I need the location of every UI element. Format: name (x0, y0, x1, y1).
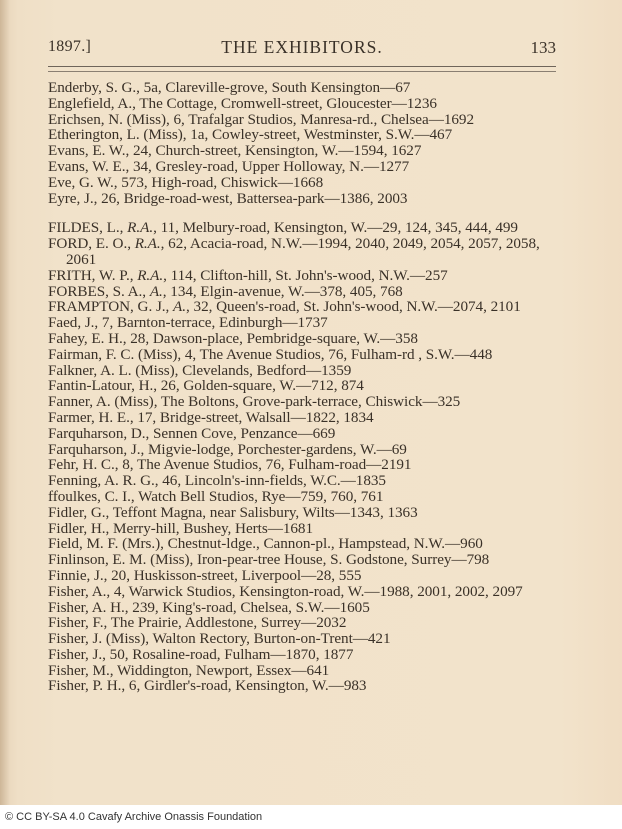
exhibitor-address-and-works: 26, Bridge-road-west, Battersea-park—138… (97, 190, 407, 207)
license-footer: © CC BY-SA 4.0 Cavafy Archive Onassis Fo… (0, 805, 622, 829)
exhibitor-entry: Erichsen, N. (Miss), 6, Trafalgar Studio… (48, 112, 562, 128)
exhibitor-name: Eyre, J., (48, 190, 97, 207)
exhibitor-address-and-works: 1a, Cowley-street, Westminster, S.W.—467 (186, 126, 452, 143)
exhibitor-entry: FRITH, W. P., R.A., 114, Clifton-hill, S… (48, 268, 562, 284)
exhibitor-name: Evans, E. W., (48, 142, 129, 159)
exhibitor-address-and-works: Clevelands, Bedford—1359 (178, 362, 351, 379)
exhibitor-entry: Evans, W. E., 34, Gresley-road, Upper Ho… (48, 159, 562, 175)
exhibitor-name: Englefield, A., (48, 95, 136, 112)
exhibitor-address-and-works: 28, Dawson-place, Pembridge-square, W.—3… (127, 330, 418, 347)
exhibitor-name: Fisher, M., (48, 662, 114, 679)
exhibitor-entry: Fisher, A. H., 239, King's-road, Chelsea… (48, 600, 562, 616)
exhibitor-address-and-works: Walton Rectory, Burton-on-Trent—421 (149, 630, 391, 647)
exhibitor-name: FORBES, S. A., (48, 283, 146, 300)
exhibitor-entry: Etherington, L. (Miss), 1a, Cowley-stree… (48, 127, 562, 143)
exhibitor-entry: Fisher, A., 4, Warwick Studios, Kensingt… (48, 584, 562, 600)
academy-title: A. (173, 298, 186, 315)
exhibitor-address-and-works: , 11, Melbury-road, Kensington, W.—29, 1… (153, 219, 518, 236)
exhibitor-address-and-works: 6, Girdler's-road, Kensington, W.—983 (125, 677, 366, 694)
exhibitor-address-and-works: 239, King's-road, Chelsea, S.W.—1605 (129, 599, 370, 616)
exhibitor-entry: Fisher, J. (Miss), Walton Rectory, Burto… (48, 631, 562, 647)
exhibitor-entry: Fehr, H. C., 8, The Avenue Studios, 76, … (48, 457, 562, 473)
exhibitor-group-academicians: FILDES, L., R.A., 11, Melbury-road, Kens… (48, 220, 562, 315)
exhibitor-entry: Fenning, A. R. G., 46, Lincoln's-inn-fie… (48, 473, 562, 489)
exhibitor-entry: Falkner, A. L. (Miss), Clevelands, Bedfo… (48, 363, 562, 379)
exhibitor-name: FILDES, L., (48, 219, 123, 236)
exhibitor-name: Fidler, H., (48, 520, 109, 537)
exhibitor-address-and-works: 46, Lincoln's-inn-fields, W.C.—1835 (159, 472, 386, 489)
exhibitor-address-and-works: 24, Church-street, Kensington, W.—1594, … (129, 142, 421, 159)
academy-title: A. (150, 283, 163, 300)
exhibitor-name: Finnie, J., (48, 567, 107, 584)
exhibitor-address-and-works: 50, Rosaline-road, Fulham—1870, 1877 (106, 646, 353, 663)
exhibitor-entry: ffoulkes, C. I., Watch Bell Studios, Rye… (48, 489, 562, 505)
exhibitor-entry: Fisher, P. H., 6, Girdler's-road, Kensin… (48, 678, 562, 694)
exhibitor-name: Fisher, P. H., (48, 677, 125, 694)
exhibitor-name: Fidler, G., (48, 504, 109, 521)
exhibitor-address-and-works: 5a, Clareville-grove, South Kensington—6… (140, 79, 410, 96)
exhibitor-name: Fairman, F. C. (Miss), (48, 346, 181, 363)
exhibitor-name: Fisher, J. (Miss), (48, 630, 149, 647)
exhibitor-entry: Fahey, E. H., 28, Dawson-place, Pembridg… (48, 331, 562, 347)
exhibitor-name: Fehr, H. C., (48, 456, 119, 473)
exhibitor-entry: Field, M. F. (Mrs.), Chestnut-ldge., Can… (48, 536, 562, 552)
exhibitor-address-and-works: 34, Gresley-road, Upper Holloway, N.—127… (129, 158, 409, 175)
exhibitor-address-and-works: 17, Bridge-street, Walsall—1822, 1834 (134, 409, 374, 426)
exhibitor-address-and-works: Sennen Cove, Penzance—669 (149, 425, 335, 442)
exhibitor-name: Farquharson, D., (48, 425, 149, 442)
exhibitor-address-and-works: The Cottage, Cromwell-street, Gloucester… (136, 95, 437, 112)
academy-title: R.A. (135, 235, 161, 252)
exhibitor-entry: Farquharson, D., Sennen Cove, Penzance—6… (48, 426, 562, 442)
exhibitor-entry: Finlinson, E. M. (Miss), Iron-pear-tree … (48, 552, 562, 568)
exhibitor-address-and-works: 7, Barnton-terrace, Edinburgh—1737 (98, 314, 328, 331)
exhibitor-address-and-works: The Prairie, Addlestone, Surrey—2032 (107, 614, 346, 631)
exhibitor-entry: Eve, G. W., 573, High-road, Chiswick—166… (48, 175, 562, 191)
exhibitor-address-and-works: 26, Golden-square, W.—712, 874 (157, 377, 364, 394)
exhibitor-address-and-works: Chestnut-ldge., Cannon-pl., Hampstead, N… (164, 535, 483, 552)
exhibitor-name: FRITH, W. P., (48, 267, 133, 284)
exhibitor-name: Fisher, J., (48, 646, 106, 663)
exhibitor-address-and-works: , 114, Clifton-hill, St. John's-wood, N.… (163, 267, 448, 284)
academy-title: R.A. (127, 219, 153, 236)
exhibitor-name: Falkner, A. L. (Miss), (48, 362, 178, 379)
exhibitor-entry: Fisher, J., 50, Rosaline-road, Fulham—18… (48, 647, 562, 663)
exhibitor-address-and-works: Migvie-lodge, Porchester-gardens, W.—69 (144, 441, 407, 458)
exhibitor-address-and-works: 8, The Avenue Studios, 76, Fulham-road—2… (119, 456, 412, 473)
exhibitor-address-and-works: Teffont Magna, near Salisbury, Wilts—134… (109, 504, 417, 521)
exhibitor-entry: Faed, J., 7, Barnton-terrace, Edinburgh—… (48, 315, 562, 331)
exhibitor-name: Fahey, E. H., (48, 330, 127, 347)
running-head: 1897.] THE EXHIBITORS. 133 (48, 36, 556, 60)
exhibitor-name: Fantin-Latour, H., (48, 377, 157, 394)
exhibitor-name: Fisher, F., (48, 614, 107, 631)
exhibitor-entry: Farquharson, J., Migvie-lodge, Porcheste… (48, 442, 562, 458)
exhibitor-entry: Fantin-Latour, H., 26, Golden-square, W.… (48, 378, 562, 394)
exhibitor-entry: FILDES, L., R.A., 11, Melbury-road, Kens… (48, 220, 562, 236)
exhibitor-entry: FORBES, S. A., A., 134, Elgin-avenue, W.… (48, 284, 562, 300)
exhibitor-entry: Englefield, A., The Cottage, Cromwell-st… (48, 96, 562, 112)
exhibitor-address-and-works: , 134, Elgin-avenue, W.—378, 405, 768 (163, 283, 403, 300)
exhibitor-entry: Farmer, H. E., 17, Bridge-street, Walsal… (48, 410, 562, 426)
exhibitor-address-and-works: Widdington, Newport, Essex—641 (114, 662, 330, 679)
exhibitor-address-and-works: Iron-pear-tree House, S. Godstone, Surre… (193, 551, 489, 568)
exhibitor-name: Field, M. F. (Mrs.), (48, 535, 164, 552)
exhibitor-group-f: Faed, J., 7, Barnton-terrace, Edinburgh—… (48, 315, 562, 694)
exhibitor-address-and-works: Watch Bell Studios, Rye—759, 760, 761 (135, 488, 384, 505)
exhibitor-name: FRAMPTON, G. J., (48, 298, 169, 315)
exhibitor-name: Fisher, A., (48, 583, 110, 600)
exhibitor-address-and-works: 573, High-road, Chiswick—1668 (117, 174, 323, 191)
exhibitor-address-and-works: 4, The Avenue Studios, 76, Fulham-rd , S… (181, 346, 492, 363)
exhibitor-name: Fisher, A. H., (48, 599, 129, 616)
exhibitor-address-and-works: The Boltons, Grove-park-terrace, Chiswic… (157, 393, 460, 410)
exhibitor-entry: FORD, E. O., R.A., 62, Acacia-road, N.W.… (48, 236, 562, 268)
exhibitor-name: Evans, W. E., (48, 158, 129, 175)
exhibitor-name: Finlinson, E. M. (Miss), (48, 551, 193, 568)
section-gap (48, 206, 562, 220)
exhibitor-name: Farmer, H. E., (48, 409, 134, 426)
exhibitor-name: Eve, G. W., (48, 174, 117, 191)
exhibitor-name: Fenning, A. R. G., (48, 472, 159, 489)
exhibitor-name: Farquharson, J., (48, 441, 144, 458)
exhibitor-entry: Evans, E. W., 24, Church-street, Kensing… (48, 143, 562, 159)
exhibitor-entry: Fidler, G., Teffont Magna, near Salisbur… (48, 505, 562, 521)
exhibitor-name: ffoulkes, C. I., (48, 488, 135, 505)
exhibitor-address-and-works: 20, Huskisson-street, Liverpool—28, 555 (107, 567, 361, 584)
header-double-rule (48, 66, 556, 72)
exhibitor-address-and-works: Merry-hill, Bushey, Herts—1681 (109, 520, 313, 537)
page-number: 133 (531, 38, 557, 58)
exhibitor-address-and-works: 4, Warwick Studios, Kensington-road, W.—… (110, 583, 523, 600)
exhibitor-entry: FRAMPTON, G. J., A., 32, Queen's-road, S… (48, 299, 562, 315)
exhibitor-entry: Enderby, S. G., 5a, Clareville-grove, So… (48, 80, 562, 96)
exhibitor-group-e: Enderby, S. G., 5a, Clareville-grove, So… (48, 80, 562, 206)
exhibitor-name: Faed, J., (48, 314, 98, 331)
exhibitor-entry: Finnie, J., 20, Huskisson-street, Liverp… (48, 568, 562, 584)
exhibitor-name: Erichsen, N. (Miss), (48, 111, 170, 128)
exhibitor-entry: Fairman, F. C. (Miss), 4, The Avenue Stu… (48, 347, 562, 363)
exhibitor-entry: Fisher, F., The Prairie, Addlestone, Sur… (48, 615, 562, 631)
scanned-page: 1897.] THE EXHIBITORS. 133 Enderby, S. G… (0, 0, 622, 805)
academy-title: R.A. (137, 267, 163, 284)
exhibitor-entry: Eyre, J., 26, Bridge-road-west, Batterse… (48, 191, 562, 207)
exhibitor-address-and-works: 6, Trafalgar Studios, Manresa-rd., Chels… (170, 111, 474, 128)
exhibitor-entry: Fisher, M., Widdington, Newport, Essex—6… (48, 663, 562, 679)
exhibitor-name: Etherington, L. (Miss), (48, 126, 186, 143)
exhibitor-address-and-works: , 32, Queen's-road, St. John's-wood, N.W… (186, 298, 521, 315)
exhibitor-name: FORD, E. O., (48, 235, 131, 252)
running-head-title: THE EXHIBITORS. (48, 37, 556, 58)
exhibitor-name: Enderby, S. G., (48, 79, 140, 96)
exhibitor-entry: Fidler, H., Merry-hill, Bushey, Herts—16… (48, 521, 562, 537)
exhibitor-list: Enderby, S. G., 5a, Clareville-grove, So… (48, 80, 562, 694)
exhibitor-name: Fanner, A. (Miss), (48, 393, 157, 410)
exhibitor-entry: Fanner, A. (Miss), The Boltons, Grove-pa… (48, 394, 562, 410)
